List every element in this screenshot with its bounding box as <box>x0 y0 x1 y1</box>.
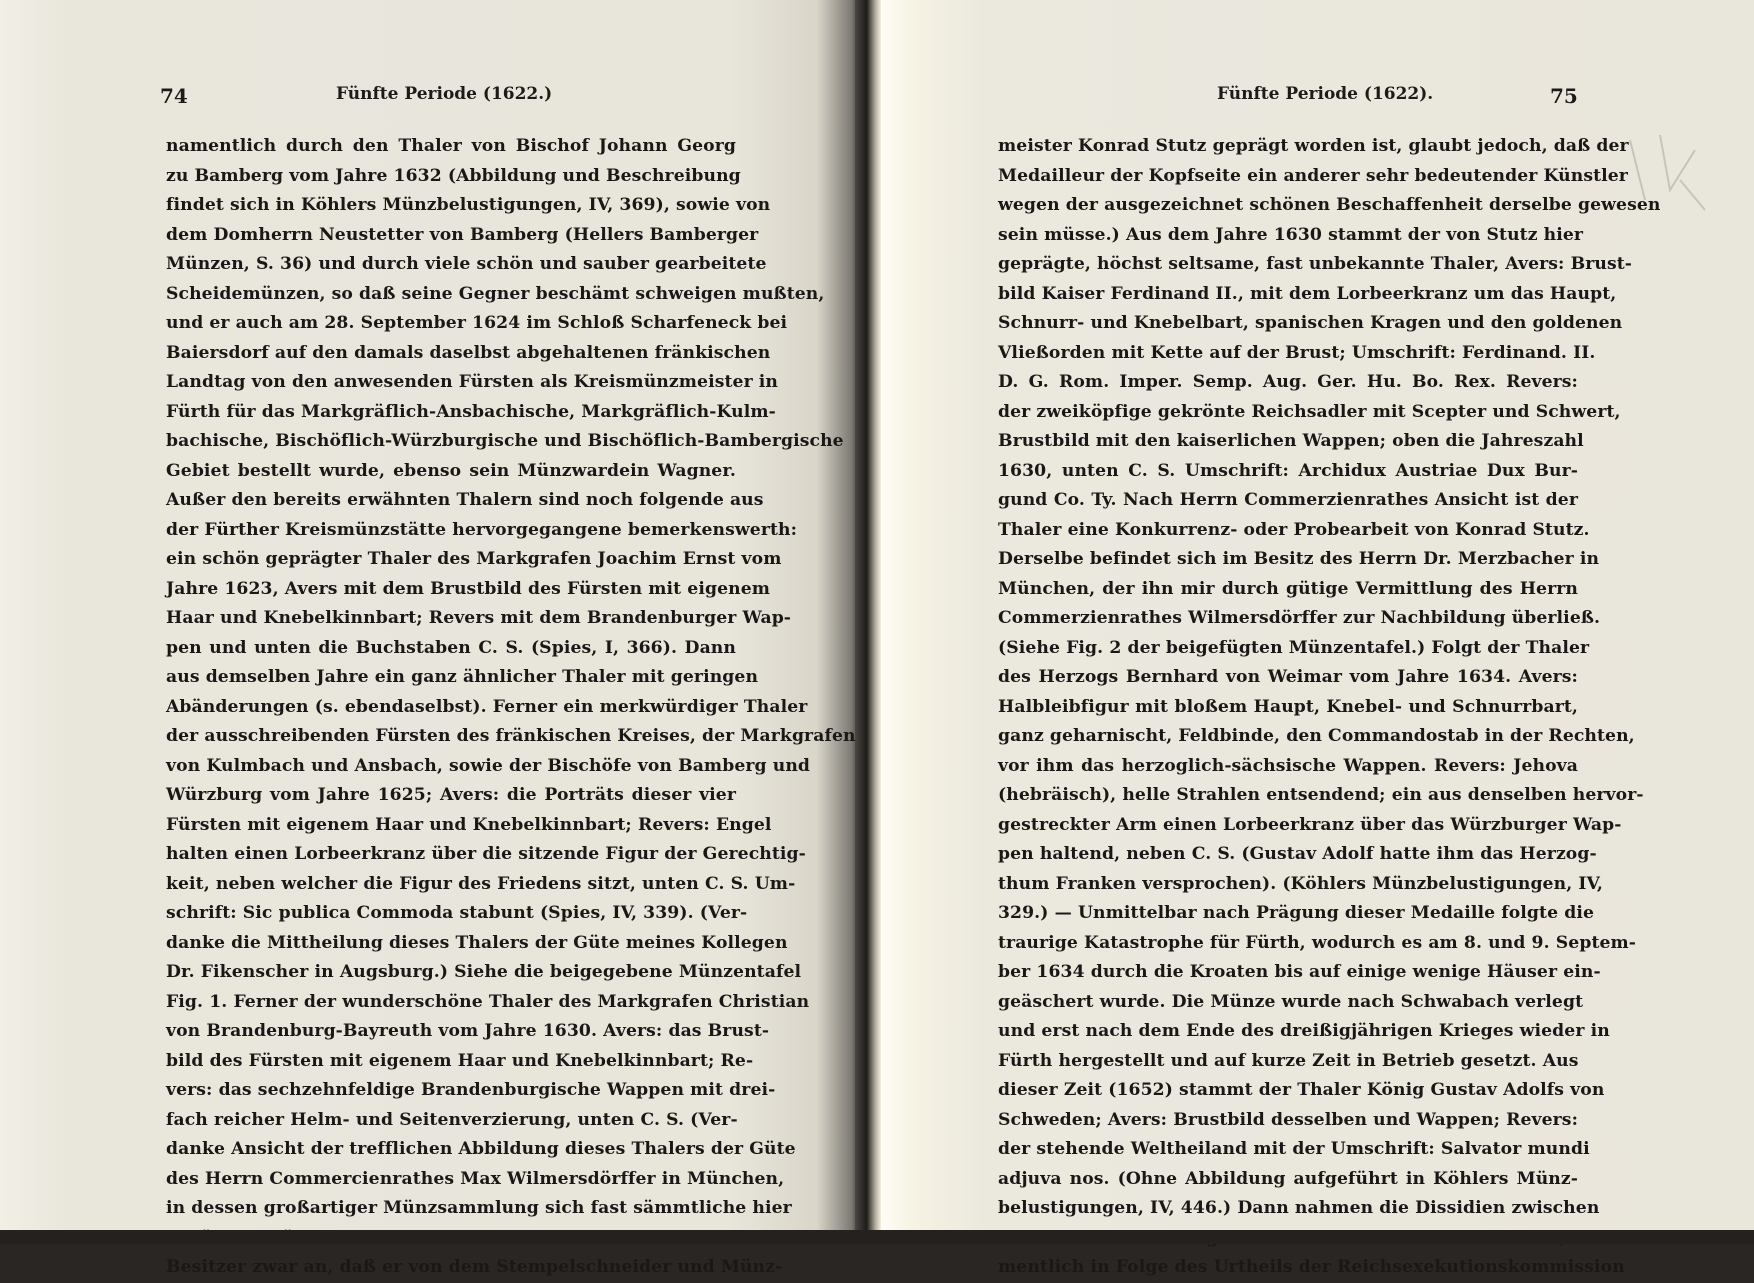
text-line: des Herrn Commercienrathes Max Wilmersdö… <box>166 1165 736 1195</box>
text-line: Jahre 1623, Avers mit dem Brustbild des … <box>166 575 736 605</box>
text-line: der Fürther Kreismünzstätte hervorgegang… <box>166 516 736 546</box>
text-line: findet sich in Köhlers Münzbelustigungen… <box>166 191 736 221</box>
left-running-head: Fünfte Periode (1622.) <box>336 84 552 114</box>
right-body-text: meister Konrad Stutz geprägt worden ist,… <box>998 132 1578 1244</box>
text-line: keit, neben welcher die Figur des Friede… <box>166 870 736 900</box>
text-line: der ausschreibenden Fürsten des fränkisc… <box>166 722 736 752</box>
text-line: Landtag von den anwesenden Fürsten als K… <box>166 368 736 398</box>
text-line: vers: das sechzehnfeldige Brandenburgisc… <box>166 1076 736 1106</box>
text-line: Münzen, S. 36) und durch viele schön und… <box>166 250 736 280</box>
text-line: pen und unten die Buchstaben C. S. (Spie… <box>166 634 736 664</box>
text-line: geprägte, höchst seltsame, fast unbekann… <box>998 250 1578 280</box>
text-line: von Brandenburg-Bayreuth vom Jahre 1630.… <box>166 1017 736 1047</box>
text-line: Abänderungen (s. ebendaselbst). Ferner e… <box>166 693 736 723</box>
text-line: der stehende Weltheiland mit der Umschri… <box>998 1135 1578 1165</box>
text-line: pen haltend, neben C. S. (Gustav Adolf h… <box>998 840 1578 870</box>
text-line: vor ihm das herzoglich-sächsische Wappen… <box>998 752 1578 782</box>
text-line: meister Konrad Stutz geprägt worden ist,… <box>998 132 1578 162</box>
right-running-head: Fünfte Periode (1622). <box>1217 84 1433 114</box>
text-line: Baiersdorf auf den damals daselbst abgeh… <box>166 339 736 369</box>
book-bottom-edge <box>0 1230 1754 1244</box>
text-line: in dessen großartiger Münzsammlung sich … <box>166 1194 736 1224</box>
text-line: Medailleur der Kopfseite ein anderer seh… <box>998 162 1578 192</box>
text-line: Thaler eine Konkurrenz- oder Probearbeit… <box>998 516 1578 546</box>
text-line: danke Ansicht der trefflichen Abbildung … <box>166 1135 736 1165</box>
text-line: von Kulmbach und Ansbach, sowie der Bisc… <box>166 752 736 782</box>
text-line: Würzburg vom Jahre 1625; Avers: die Port… <box>166 781 736 811</box>
text-line: Derselbe befindet sich im Besitz des Her… <box>998 545 1578 575</box>
text-line: Haar und Knebelkinnbart; Revers mit dem … <box>166 604 736 634</box>
text-line: wegen der ausgezeichnet schönen Beschaff… <box>998 191 1578 221</box>
text-line: Halbleibfigur mit bloßem Haupt, Knebel- … <box>998 693 1578 723</box>
text-line: Schnurr- und Knebelbart, spanischen Krag… <box>998 309 1578 339</box>
text-line: adjuva nos. (Ohne Abbildung aufgeführt i… <box>998 1165 1578 1195</box>
text-line: namentlich durch den Thaler von Bischof … <box>166 132 736 162</box>
text-line: ber 1634 durch die Kroaten bis auf einig… <box>998 958 1578 988</box>
text-line: traurige Katastrophe für Fürth, wodurch … <box>998 929 1578 959</box>
text-line: ganz geharnischt, Feldbinde, den Command… <box>998 722 1578 752</box>
text-line: Außer den bereits erwähnten Thalern sind… <box>166 486 736 516</box>
text-line: Fürth für das Markgräflich-Ansbachische,… <box>166 398 736 428</box>
text-line: aus demselben Jahre ein ganz ähnlicher T… <box>166 663 736 693</box>
right-page-number: 75 <box>1550 84 1578 108</box>
text-line: Scheidemünzen, so daß seine Gegner besch… <box>166 280 736 310</box>
text-line: thum Franken versprochen). (Köhlers Münz… <box>998 870 1578 900</box>
text-line: Fig. 1. Ferner der wunderschöne Thaler d… <box>166 988 736 1018</box>
text-line: zu Bamberg vom Jahre 1632 (Abbildung und… <box>166 162 736 192</box>
text-line: halten einen Lorbeerkranz über die sitze… <box>166 840 736 870</box>
text-line: Brustbild mit den kaiserlichen Wappen; o… <box>998 427 1578 457</box>
text-line: Fürth hergestellt und auf kurze Zeit in … <box>998 1047 1578 1077</box>
text-line: (Siehe Fig. 2 der beigefügten Münzentafe… <box>998 634 1578 664</box>
text-line: Vließorden mit Kette auf der Brust; Umsc… <box>998 339 1578 369</box>
text-line: bild des Fürsten mit eigenem Haar und Kn… <box>166 1047 736 1077</box>
text-line: belustigungen, IV, 446.) Dann nahmen die… <box>998 1194 1578 1224</box>
text-line: Fürsten mit eigenem Haar und Knebelkinnb… <box>166 811 736 841</box>
text-line: gund Co. Ty. Nach Herrn Commerzienrathes… <box>998 486 1578 516</box>
text-line: Dr. Fikenscher in Augsburg.) Siehe die b… <box>166 958 736 988</box>
text-line: Schweden; Avers: Brustbild desselben und… <box>998 1106 1578 1136</box>
text-line: bachische, Bischöflich-Würzburgische und… <box>166 427 736 457</box>
text-line: und er auch am 28. September 1624 im Sch… <box>166 309 736 339</box>
text-line: 1630, unten C. S. Umschrift: Archidux Au… <box>998 457 1578 487</box>
text-line: dem Domherrn Neustetter von Bamberg (Hel… <box>166 221 736 251</box>
text-line: und erst nach dem Ende des dreißigjährig… <box>998 1017 1578 1047</box>
text-line: bild Kaiser Ferdinand II., mit dem Lorbe… <box>998 280 1578 310</box>
book-gutter <box>855 0 881 1230</box>
book-spread: 74 Fünfte Periode (1622.) 75 Fünfte Peri… <box>0 0 1754 1230</box>
text-line: danke die Mittheilung dieses Thalers der… <box>166 929 736 959</box>
text-line: (hebräisch), helle Strahlen entsendend; … <box>998 781 1578 811</box>
text-line: schrift: Sic publica Commoda stabunt (Sp… <box>166 899 736 929</box>
text-line: sein müsse.) Aus dem Jahre 1630 stammt d… <box>998 221 1578 251</box>
text-line: geäschert wurde. Die Münze wurde nach Sc… <box>998 988 1578 1018</box>
left-body-text: namentlich durch den Thaler von Bischof … <box>166 132 736 1244</box>
text-line: Gebiet bestellt wurde, ebenso sein Münzw… <box>166 457 736 487</box>
text-line: der zweiköpfige gekrönte Reichsadler mit… <box>998 398 1578 428</box>
left-page-number: 74 <box>160 84 188 108</box>
text-line: fach reicher Helm- und Seitenverzierung,… <box>166 1106 736 1136</box>
text-line: München, der ihn mir durch gütige Vermit… <box>998 575 1578 605</box>
text-line: ein schön geprägter Thaler des Markgrafe… <box>166 545 736 575</box>
text-line: Commerzienrathes Wilmersdörffer zur Nach… <box>998 604 1578 634</box>
text-line: 329.) — Unmittelbar nach Prägung dieser … <box>998 899 1578 929</box>
text-line: gestreckter Arm einen Lorbeerkranz über … <box>998 811 1578 841</box>
text-line: des Herzogs Bernhard von Weimar vom Jahr… <box>998 663 1578 693</box>
pencil-annotation-icon <box>1610 120 1730 220</box>
text-line: dieser Zeit (1652) stammt der Thaler Kön… <box>998 1076 1578 1106</box>
text-line: D. G. Rom. Imper. Semp. Aug. Ger. Hu. Bo… <box>998 368 1578 398</box>
